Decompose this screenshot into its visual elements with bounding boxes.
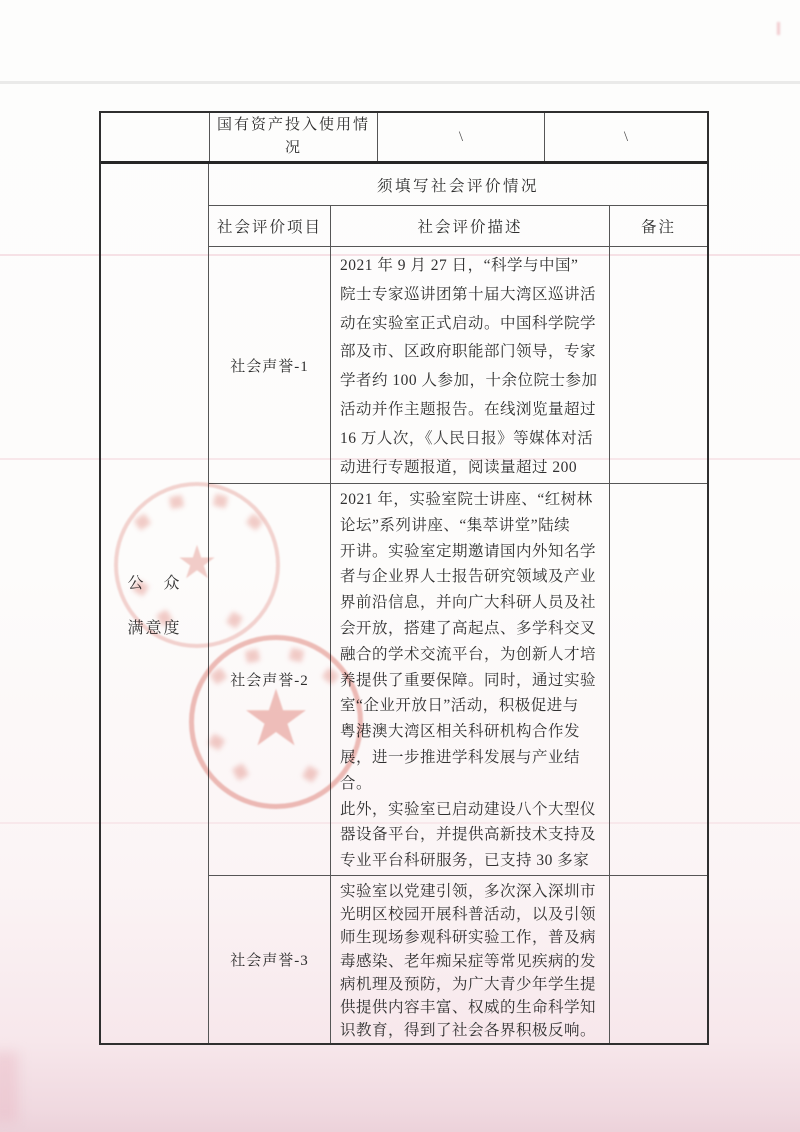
table-row: 社会声誉-3 实验室以党建引领，多次深入深圳市 光明区校园开展科普活动，以及引领… (209, 876, 707, 1043)
scan-mark (777, 22, 780, 35)
scan-streak (0, 81, 800, 84)
row-description: 2021 年 9 月 27 日，“科学与中国” 院士专家巡讲团第十届大湾区巡讲活… (330, 247, 609, 483)
state-asset-row: 国有资产投入使用情 况 \ \ (101, 113, 707, 164)
state-asset-label: 国有资产投入使用情 况 (209, 113, 377, 161)
table-row: 社会声誉-2 2021 年，实验室院士讲座、“红树林 论坛”系列讲座、“集萃讲堂… (209, 484, 707, 876)
state-asset-value-1: \ (377, 113, 544, 161)
social-evaluation-section: 公 众 满意度 须填写社会评价情况 社会评价项目 社会评价描述 备注 社会声誉-… (101, 164, 707, 1043)
evaluation-detail-area: 须填写社会评价情况 社会评价项目 社会评价描述 备注 社会声誉-1 2021 年… (209, 164, 707, 1043)
row-item-label: 社会声誉-2 (209, 484, 330, 875)
column-header-row: 社会评价项目 社会评价描述 备注 (209, 206, 707, 247)
row-remark (609, 247, 707, 483)
empty-cell (101, 113, 209, 161)
column-header-description: 社会评价描述 (330, 206, 609, 246)
public-satisfaction-line1: 公 众 (127, 570, 181, 593)
evaluation-table: 国有资产投入使用情 况 \ \ 公 众 满意度 须填写社会评价情况 社会评价项目… (99, 111, 709, 1045)
column-header-remark: 备注 (609, 206, 707, 246)
scan-blotch (0, 1052, 18, 1122)
row-item-label: 社会声誉-1 (209, 247, 330, 483)
column-header-item: 社会评价项目 (209, 206, 330, 246)
row-description: 实验室以党建引领，多次深入深圳市 光明区校园开展科普活动，以及引领 师生现场参观… (330, 876, 609, 1043)
section-title: 须填写社会评价情况 (209, 164, 707, 206)
scanned-document-page: { "doc": { "asset_row": { "label": "国有资产… (0, 0, 800, 1132)
row-item-label: 社会声誉-3 (209, 876, 330, 1043)
row-remark (609, 876, 707, 1043)
row-description: 2021 年，实验室院士讲座、“红树林 论坛”系列讲座、“集萃讲堂”陆续 开讲。… (330, 484, 609, 875)
public-satisfaction-line2: 满意度 (127, 615, 181, 638)
table-row: 社会声誉-1 2021 年 9 月 27 日，“科学与中国” 院士专家巡讲团第十… (209, 247, 707, 484)
row-remark (609, 484, 707, 875)
public-satisfaction-cell: 公 众 满意度 (101, 164, 209, 1043)
state-asset-value-2: \ (544, 113, 707, 161)
